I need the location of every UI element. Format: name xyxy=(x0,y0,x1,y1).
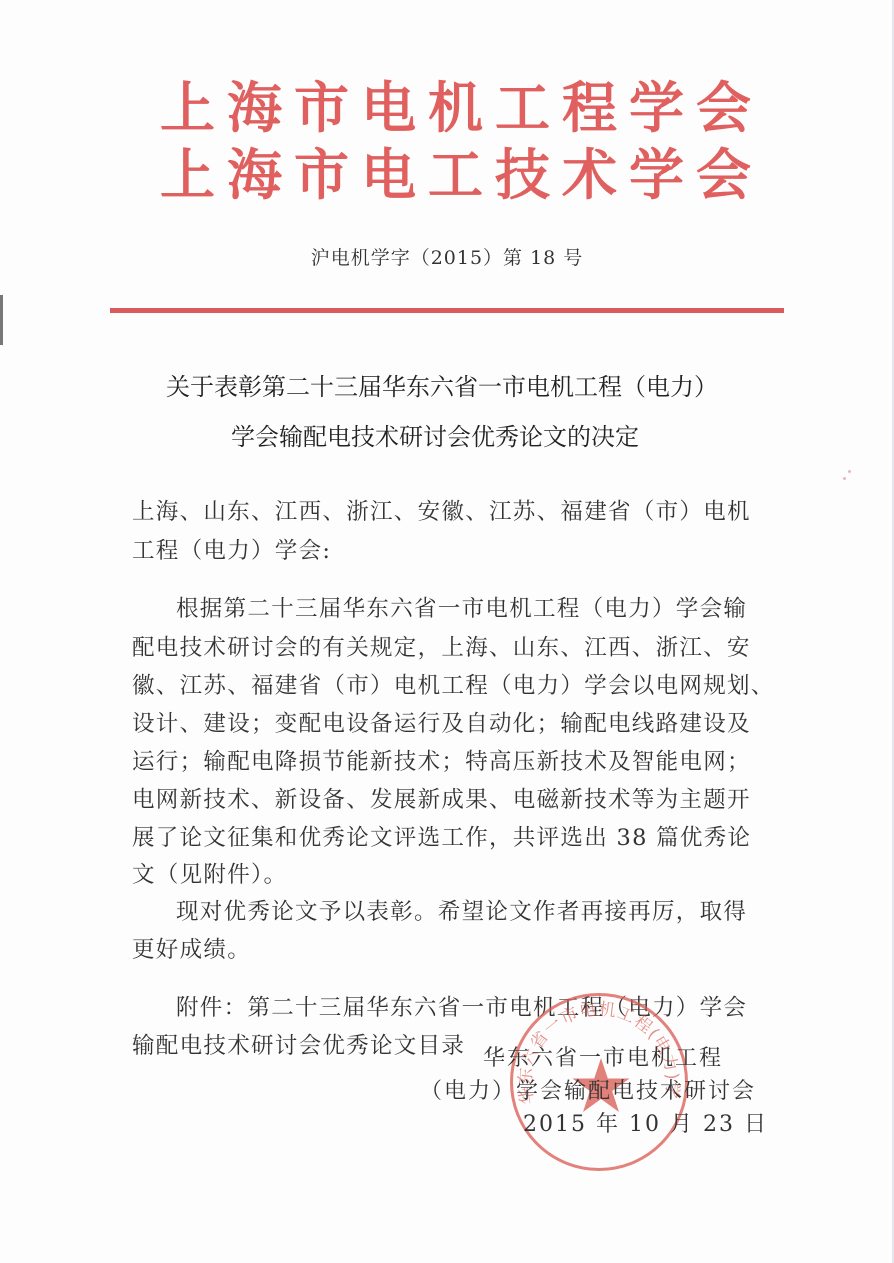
body-line: 运行；输配电降损节能新技术；特高压新技术及智能电网； xyxy=(132,747,772,777)
body-line: 现对优秀论文予以表彰。希望论文作者再接再厉，取得 xyxy=(132,897,816,927)
letterhead-org-name-1: 上海市电机工程学会 xyxy=(160,78,740,138)
body-line: 配电技术研讨会的有关规定，上海、山东、江西、浙江、安 xyxy=(132,633,772,663)
letterhead-org-name-2: 上海市电工技术学会 xyxy=(160,145,740,205)
body-line: 徽、江苏、福建省（市）电机工程（电力）学会以电网规划、 xyxy=(132,671,772,701)
body-line: 文（见附件）。 xyxy=(132,860,772,890)
body-line: 展了论文征集和优秀论文评选工作，共评选出 38 篇优秀论 xyxy=(132,823,772,853)
document-page: 上海市电机工程学会 上海市电工技术学会 沪电机学字（2015）第 18 号 关于… xyxy=(0,0,894,1263)
letterhead-divider xyxy=(110,308,784,313)
attachment-line: 附件：第二十三届华东六省一市电机工程（电力）学会 xyxy=(132,993,816,1023)
signature-org-line-1: 华东六省一市电机工程 xyxy=(483,1041,723,1072)
salutation-line: 上海、山东、江西、浙江、安徽、江苏、福建省（市）电机 xyxy=(132,497,772,527)
body-line: 设计、建设；变配电设备运行及自动化；输配电线路建设及 xyxy=(132,709,772,739)
document-heading-line-1: 关于表彰第二十三届华东六省一市电机工程（电力） xyxy=(0,367,889,402)
body-line: 更好成绩。 xyxy=(132,935,772,965)
body-line: 电网新技术、新设备、发展新成果、电磁新技术等为主题开 xyxy=(132,785,772,815)
scan-speck xyxy=(843,477,846,480)
salutation-line: 工程（电力）学会: xyxy=(132,536,772,566)
signature-date: 2015 年 10 月 23 日 xyxy=(523,1107,768,1138)
signature-org-line-2: （电力）学会输配电技术研讨会 xyxy=(420,1074,756,1105)
document-heading-line-2: 学会输配电技术研讨会优秀论文的决定 xyxy=(0,417,882,452)
body-line: 根据第二十三届华东六省一市电机工程（电力）学会输 xyxy=(132,594,816,624)
scan-edge-mark xyxy=(0,295,3,345)
document-number: 沪电机学字（2015）第 18 号 xyxy=(0,243,894,270)
scan-speck xyxy=(848,470,851,473)
